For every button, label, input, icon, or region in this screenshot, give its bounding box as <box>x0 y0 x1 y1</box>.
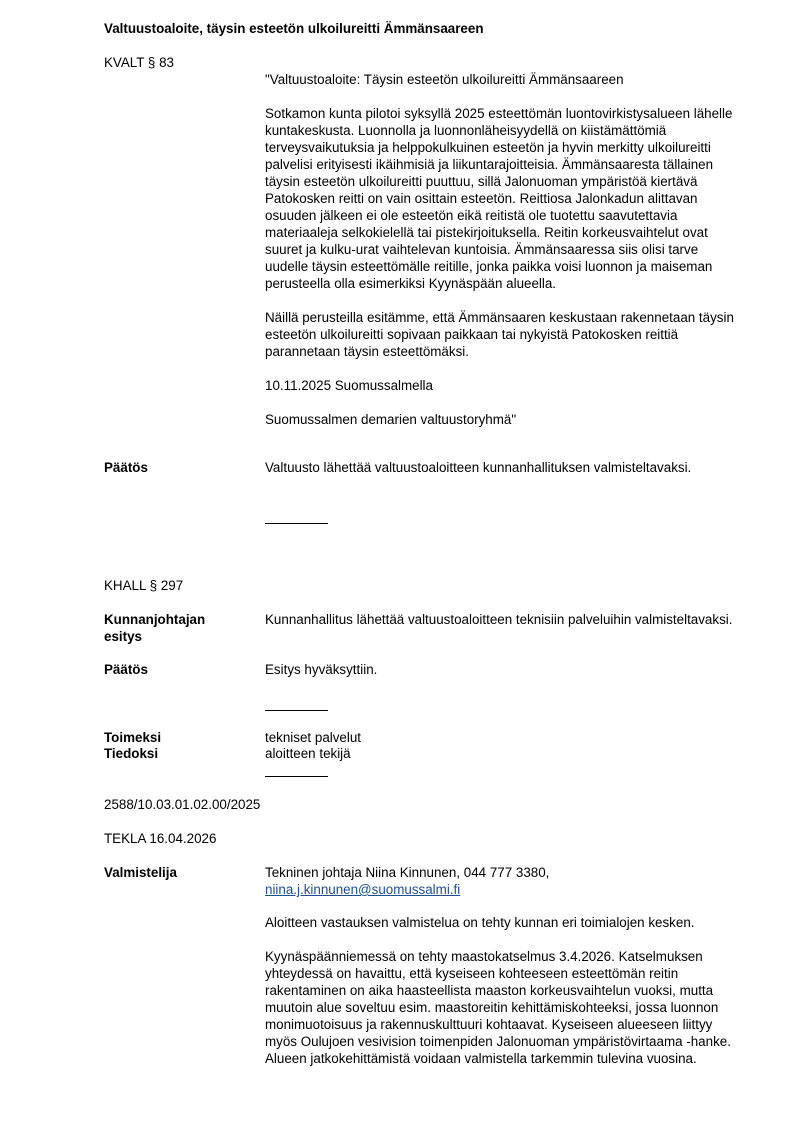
proposal-label-line1: Kunnanjohtajan <box>104 611 205 628</box>
proposal-label-line2: esitys <box>104 628 205 645</box>
preparer-text: Tekninen johtaja Niina Kinnunen, 044 777… <box>265 864 745 881</box>
record-number: 2588/10.03.01.02.00/2025 <box>104 796 260 813</box>
section-divider <box>265 710 328 711</box>
preparer-info: Tekninen johtaja Niina Kinnunen, 044 777… <box>265 864 745 898</box>
initiative-text: "Valtuustoaloite: Täysin esteetön ulkoil… <box>265 71 745 445</box>
khall-decision-label: Päätös <box>104 661 148 678</box>
kvalt-reference: KVALT § 83 <box>104 54 174 71</box>
initiative-signature: Suomussalmen demarien valtuustoryhmä" <box>265 411 745 428</box>
initiative-heading: "Valtuustoaloite: Täysin esteetön ulkoil… <box>265 71 745 88</box>
preparation-paragraph: Kyynäspäänniemessä on tehty maastokatsel… <box>265 948 745 1067</box>
khall-decision-text: Esitys hyväksyttiin. <box>265 661 745 678</box>
proposal-label: Kunnanjohtajan esitys <box>104 611 205 645</box>
preparation-paragraph: Aloitteen vastauksen valmistelua on teht… <box>265 914 745 931</box>
kvalt-decision-text: Valtuusto lähettää valtuustoaloitteen ku… <box>265 459 745 476</box>
preparer-email-link[interactable]: niina.j.kinnunen@suomussalmi.fi <box>265 882 460 897</box>
initiative-paragraph: Näillä perusteilla esitämme, että Ämmäns… <box>265 309 745 360</box>
proposal-text: Kunnanhallitus lähettää valtuustoaloitte… <box>265 611 745 628</box>
tiedoksi-label: Tiedoksi <box>104 745 158 762</box>
kvalt-decision-label: Päätös <box>104 459 148 476</box>
section-divider <box>265 523 328 524</box>
khall-reference: KHALL § 297 <box>104 577 183 594</box>
tiedoksi-value: aloitteen tekijä <box>265 745 745 762</box>
initiative-date: 10.11.2025 Suomussalmella <box>265 377 745 394</box>
initiative-paragraph: Sotkamon kunta pilotoi syksyllä 2025 est… <box>265 105 745 292</box>
preparation-text: Aloitteen vastauksen valmistelua on teht… <box>265 914 745 1084</box>
preparer-label: Valmistelija <box>104 864 177 881</box>
toimeksi-label: Toimeksi <box>104 729 161 746</box>
section-divider <box>265 776 328 777</box>
document-title: Valtuustoaloite, täysin esteetön ulkoilu… <box>104 20 484 37</box>
toimeksi-value: tekniset palvelut <box>265 729 745 746</box>
tekla-reference: TEKLA 16.04.2026 <box>104 830 216 847</box>
